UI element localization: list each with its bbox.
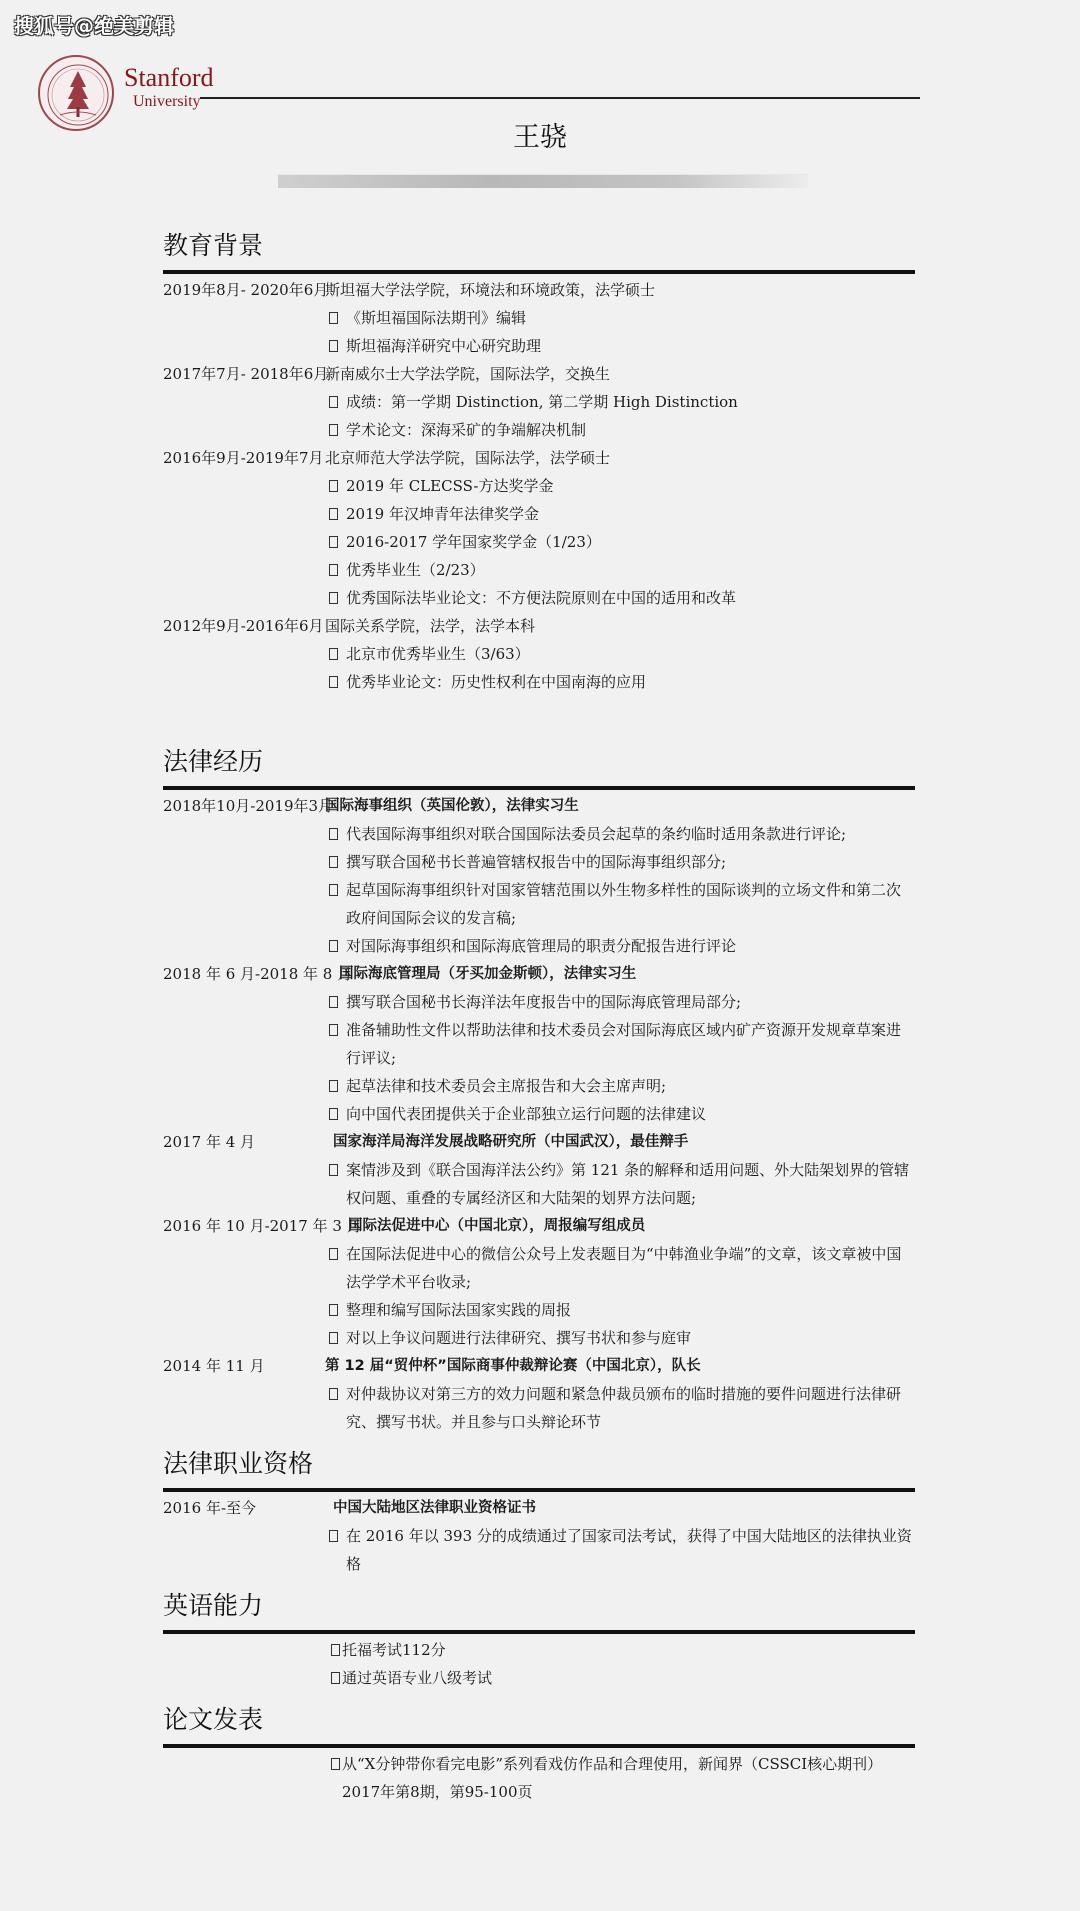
checkbox-bullet-icon	[331, 1672, 340, 1684]
entry-title: 新南威尔士大学法学院，国际法学，交换生	[325, 360, 915, 388]
entry-title: 国际法促进中心（中国北京），周报编写组成员	[348, 1212, 915, 1240]
entry: 2018 年 6 月-2018 年 8 月 国际海底管理局（牙买加金斯顿），法律…	[163, 960, 915, 988]
bullet-item: 案情涉及到《联合国海洋法公约》第 121 条的解释和适用问题、外大陆架划界的管辖…	[163, 1156, 915, 1212]
entry-title: 斯坦福大学法学院，环境法和环境政策，法学硕士	[325, 276, 915, 304]
section-legal-experience: 法律经历 2018年10月-2019年3月 国际海事组织（英国伦敦），法律实习生…	[163, 738, 915, 1436]
entry: 2016 年-至今 中国大陆地区法律职业资格证书	[163, 1494, 915, 1522]
section-title: 法律经历	[163, 738, 915, 786]
entry-date: 2018年10月-2019年3月	[163, 792, 325, 820]
section-title: 论文发表	[163, 1696, 915, 1744]
entry-date: 2019年8月- 2020年6月	[163, 276, 325, 304]
section-divider	[163, 786, 915, 790]
checkbox-bullet-icon	[329, 536, 338, 548]
checkbox-bullet-icon	[329, 648, 338, 660]
section-divider	[163, 1744, 915, 1748]
candidate-name: 王骁	[0, 115, 1080, 154]
bullet-item: 通过英语专业八级考试	[163, 1664, 915, 1692]
checkbox-bullet-icon	[329, 508, 338, 520]
section-divider	[163, 270, 915, 274]
bullet-item: 对国际海事组织和国际海底管理局的职责分配报告进行评论	[163, 932, 915, 960]
entry-date: 2012年9月-2016年6月	[163, 612, 325, 640]
checkbox-bullet-icon	[329, 1388, 338, 1400]
checkbox-bullet-icon	[329, 312, 338, 324]
bullet-item: 学术论文：深海采矿的争端解决机制	[163, 416, 915, 444]
bullet-item: 优秀毕业生（2/23）	[163, 556, 915, 584]
checkbox-bullet-icon	[329, 1108, 338, 1120]
entry-title: 北京师范大学法学院，国际法学，法学硕士	[325, 444, 915, 472]
bullet-item: 在 2016 年以 393 分的成绩通过了国家司法考试，获得了中国大陆地区的法律…	[163, 1522, 915, 1578]
checkbox-bullet-icon	[329, 1248, 338, 1260]
bullet-item: 2019 年汉坤青年法律奖学金	[163, 500, 915, 528]
checkbox-bullet-icon	[329, 856, 338, 868]
bullet-item: 托福考试112分	[163, 1636, 915, 1664]
checkbox-bullet-icon	[329, 424, 338, 436]
section-title: 教育背景	[163, 222, 915, 270]
entry-date: 2016 年 10 月-2017 年 3 月	[163, 1212, 348, 1240]
checkbox-bullet-icon	[329, 340, 338, 352]
section-publications: 论文发表 从“X分钟带你看完电影”系列看戏仿作品和合理使用，新闻界（CSSCI核…	[163, 1696, 915, 1806]
entry-date: 2016年9月-2019年7月	[163, 444, 325, 472]
bullet-item: 对以上争议问题进行法律研究、撰写书状和参与庭审	[163, 1324, 915, 1352]
checkbox-bullet-icon	[329, 1332, 338, 1344]
entry-title: 中国大陆地区法律职业资格证书	[333, 1494, 915, 1522]
entry-title: 国际海事组织（英国伦敦），法律实习生	[325, 792, 915, 820]
entry: 2016年9月-2019年7月 北京师范大学法学院，国际法学，法学硕士	[163, 444, 915, 472]
resume-body: 教育背景 2019年8月- 2020年6月 斯坦福大学法学院，环境法和环境政策，…	[163, 222, 915, 1806]
checkbox-bullet-icon	[329, 884, 338, 896]
entry-date: 2017 年 4 月	[163, 1128, 325, 1156]
section-english: 英语能力 托福考试112分 通过英语专业八级考试	[163, 1582, 915, 1692]
checkbox-bullet-icon	[329, 1164, 338, 1176]
bullet-item: 对仲裁协议对第三方的效力问题和紧急仲裁员颁布的临时措施的要件问题进行法律研究、撰…	[163, 1380, 915, 1436]
entry-date: 2018 年 6 月-2018 年 8 月	[163, 960, 325, 988]
bullet-item: 准备辅助性文件以帮助法律和技术委员会对国际海底区域内矿产资源开发规章草案进行评议…	[163, 1016, 915, 1072]
checkbox-bullet-icon	[329, 1304, 338, 1316]
stanford-wordmark: Stanford	[124, 65, 214, 91]
entry-date: 2016 年-至今	[163, 1494, 325, 1522]
entry: 2012年9月-2016年6月 国际关系学院，法学，法学本科	[163, 612, 915, 640]
bullet-item: 优秀国际法毕业论文：不方便法院原则在中国的适用和改革	[163, 584, 915, 612]
university-wordmark: University	[133, 94, 201, 110]
checkbox-bullet-icon	[331, 1644, 340, 1656]
bullet-item: 撰写联合国秘书长普遍管辖权报告中的国际海事组织部分;	[163, 848, 915, 876]
bullet-item: 从“X分钟带你看完电影”系列看戏仿作品和合理使用，新闻界（CSSCI核心期刊）2…	[163, 1750, 915, 1806]
entry: 2017年7月- 2018年6月 新南威尔士大学法学院，国际法学，交换生	[163, 360, 915, 388]
entry-date: 2017年7月- 2018年6月	[163, 360, 325, 388]
entry-date: 2014 年 11 月	[163, 1352, 325, 1380]
bullet-item: 《斯坦福国际法期刊》编辑	[163, 304, 915, 332]
bullet-item: 优秀毕业论文：历史性权利在中国南海的应用	[163, 668, 915, 696]
bullet-item: 向中国代表团提供关于企业部独立运行问题的法律建议	[163, 1100, 915, 1128]
header-divider	[200, 97, 920, 99]
bullet-item: 在国际法促进中心的微信公众号上发表题目为“中韩渔业争端”的文章，该文章被中国法学…	[163, 1240, 915, 1296]
section-divider	[163, 1630, 915, 1634]
section-divider	[163, 1488, 915, 1492]
section-qualification: 法律职业资格 2016 年-至今 中国大陆地区法律职业资格证书 在 2016 年…	[163, 1440, 915, 1578]
bullet-item: 北京市优秀毕业生（3/63）	[163, 640, 915, 668]
entry: 2018年10月-2019年3月 国际海事组织（英国伦敦），法律实习生	[163, 792, 915, 820]
checkbox-bullet-icon	[329, 940, 338, 952]
checkbox-bullet-icon	[329, 828, 338, 840]
checkbox-bullet-icon	[329, 564, 338, 576]
bullet-item: 代表国际海事组织对联合国国际法委员会起草的条约临时适用条款进行评论;	[163, 820, 915, 848]
section-title: 法律职业资格	[163, 1440, 915, 1488]
checkbox-bullet-icon	[329, 592, 338, 604]
bullet-item: 成绩：第一学期 Distinction, 第二学期 High Distincti…	[163, 388, 915, 416]
checkbox-bullet-icon	[329, 480, 338, 492]
checkbox-bullet-icon	[329, 396, 338, 408]
entry-title: 国际关系学院，法学，法学本科	[325, 612, 915, 640]
section-education: 教育背景 2019年8月- 2020年6月 斯坦福大学法学院，环境法和环境政策，…	[163, 222, 915, 696]
checkbox-bullet-icon	[329, 996, 338, 1008]
checkbox-bullet-icon	[329, 1080, 338, 1092]
bullet-item: 起草国际海事组织针对国家管辖范围以外生物多样性的国际谈判的立场文件和第二次政府间…	[163, 876, 915, 932]
bullet-item: 撰写联合国秘书长海洋法年度报告中的国际海底管理局部分;	[163, 988, 915, 1016]
entry: 2016 年 10 月-2017 年 3 月 国际法促进中心（中国北京），周报编…	[163, 1212, 915, 1240]
entry: 2019年8月- 2020年6月 斯坦福大学法学院，环境法和环境政策，法学硕士	[163, 276, 915, 304]
entry-title: 国家海洋局海洋发展战略研究所（中国武汉），最佳辩手	[333, 1128, 915, 1156]
checkbox-bullet-icon	[331, 1758, 340, 1770]
checkbox-bullet-icon	[329, 1024, 338, 1036]
section-title: 英语能力	[163, 1582, 915, 1630]
checkbox-bullet-icon	[329, 1530, 338, 1542]
bullet-item: 斯坦福海洋研究中心研究助理	[163, 332, 915, 360]
entry-title: 国际海底管理局（牙买加金斯顿），法律实习生	[339, 960, 915, 988]
decorative-shade-bar	[278, 174, 808, 188]
bullet-item: 2016-2017 学年国家奖学金（1/23）	[163, 528, 915, 556]
bullet-item: 2019 年 CLECSS-方达奖学金	[163, 472, 915, 500]
watermark: 搜狐号@绝美剪辑	[14, 10, 174, 39]
bullet-item: 起草法律和技术委员会主席报告和大会主席声明;	[163, 1072, 915, 1100]
checkbox-bullet-icon	[329, 676, 338, 688]
entry: 2017 年 4 月 国家海洋局海洋发展战略研究所（中国武汉），最佳辩手	[163, 1128, 915, 1156]
entry-title: 第 12 届“贸仲杯”国际商事仲裁辩论赛（中国北京），队长	[325, 1352, 915, 1380]
bullet-item: 整理和编写国际法国家实践的周报	[163, 1296, 915, 1324]
entry: 2014 年 11 月 第 12 届“贸仲杯”国际商事仲裁辩论赛（中国北京），队…	[163, 1352, 915, 1380]
